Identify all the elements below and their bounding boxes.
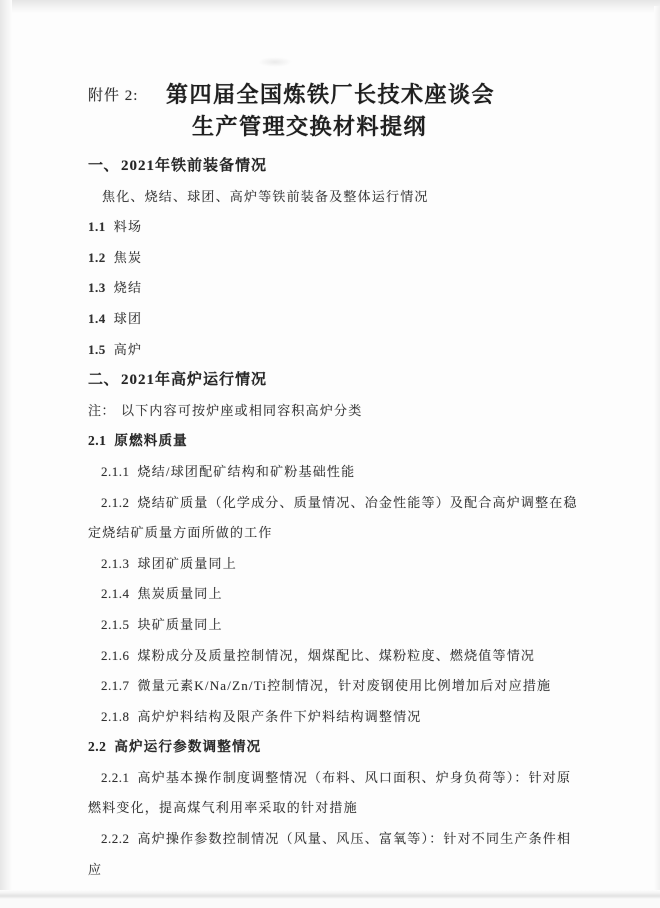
scan-edge-top xyxy=(0,0,660,13)
scan-smudge xyxy=(258,57,292,67)
outline-number: 2.1.3 xyxy=(101,556,130,571)
outline-line: 2.1.2烧结矿质量（化学成分、质量情况、冶金性能等）及配合高炉调整在稳定烧结矿… xyxy=(88,488,585,549)
outline-line: 1.4球团 xyxy=(88,304,585,335)
outline-line: 2.2.1高炉基本操作制度调整情况（布料、风口面积、炉身负荷等）：针对原燃料变化… xyxy=(88,763,585,824)
outline-line: 2.1.7微量元素K/Na/Zn/Ti控制情况，针对废钢使用比例增加后对应措施 xyxy=(88,671,585,702)
outline-text: 烧结 xyxy=(114,280,142,295)
outline-text: 微量元素K/Na/Zn/Ti控制情况，针对废钢使用比例增加后对应措施 xyxy=(138,678,552,693)
outline-text: 烧结/球团配矿结构和矿粉基础性能 xyxy=(138,464,356,479)
scan-edge-right xyxy=(654,6,660,908)
outline-text: 高炉基本操作制度调整情况（布料、风口面积、炉身负荷等）：针对原燃料变化，提高煤气… xyxy=(88,770,571,816)
outline-number: 1.3 xyxy=(88,280,106,295)
outline-number: 1.2 xyxy=(88,250,106,265)
outline-text: 以下内容可按炉座或相同容积高炉分类 xyxy=(121,403,362,418)
outline-number: 2.1.8 xyxy=(101,709,130,724)
outline-text: 焦化、烧结、球团、高炉等铁前装备及整体运行情况 xyxy=(102,189,429,204)
document-page: 附件 2: 第四届全国炼铁厂长技术座谈会 生产管理交换材料提纲 一、2021年铁… xyxy=(0,0,660,908)
outline-line: 1.3烧结 xyxy=(88,273,585,304)
outline-list: 一、2021年铁前装备情况焦化、烧结、球团、高炉等铁前装备及整体运行情况1.1料… xyxy=(88,151,585,885)
outline-line: 2.1.8高炉炉料结构及限产条件下炉料结构调整情况 xyxy=(88,702,585,733)
outline-number: 2.2.1 xyxy=(101,770,130,785)
outline-text: 2021年铁前装备情况 xyxy=(121,158,267,174)
outline-text: 焦炭 xyxy=(114,250,142,265)
document-title-line2: 生产管理交换材料提纲 xyxy=(192,110,427,141)
outline-line: 2.2.2高炉操作参数控制情况（风量、风压、富氧等）：针对不同生产条件相应 xyxy=(88,824,585,885)
outline-line: 2.1.5块矿质量同上 xyxy=(88,610,585,641)
outline-number: 1.1 xyxy=(88,219,106,234)
attachment-label: 附件 2: xyxy=(88,84,138,105)
outline-text: 高炉运行参数调整情况 xyxy=(114,739,261,754)
outline-line: 焦化、烧结、球团、高炉等铁前装备及整体运行情况 xyxy=(88,182,585,213)
outline-text: 煤粉成分及质量控制情况，烟煤配比、煤粉粒度、燃烧值等情况 xyxy=(138,648,536,663)
outline-number: 二、 xyxy=(88,372,119,388)
outline-line: 二、2021年高炉运行情况 xyxy=(88,365,585,396)
outline-text: 2021年高炉运行情况 xyxy=(121,372,267,388)
outline-line: 2.2高炉运行参数调整情况 xyxy=(88,732,585,763)
scan-edge-left xyxy=(0,0,12,897)
outline-text: 高炉操作参数控制情况（风量、风压、富氧等）：针对不同生产条件相应 xyxy=(88,831,571,877)
outline-text: 球团矿质量同上 xyxy=(138,556,237,571)
document-title-line1: 第四届全国炼铁厂长技术座谈会 xyxy=(166,78,495,109)
outline-number: 2.1.2 xyxy=(101,495,130,510)
outline-number: 2.2.2 xyxy=(101,831,130,846)
outline-number: 2.1.7 xyxy=(101,678,130,693)
outline-number: 1.5 xyxy=(88,342,106,357)
outline-text: 高炉 xyxy=(114,342,142,357)
outline-number: 注： xyxy=(88,403,115,418)
outline-line: 2.1.4焦炭质量同上 xyxy=(88,579,585,610)
outline-line: 2.1.3球团矿质量同上 xyxy=(88,549,585,580)
outline-number: 2.1.1 xyxy=(101,464,130,479)
outline-number: 1.4 xyxy=(88,311,106,326)
outline-number: 2.1.6 xyxy=(101,648,130,663)
outline-text: 原燃料质量 xyxy=(114,433,188,448)
outline-line: 注：以下内容可按炉座或相同容积高炉分类 xyxy=(88,396,585,427)
outline-number: 2.1 xyxy=(88,433,106,448)
outline-text: 料场 xyxy=(114,219,142,234)
outline-number: 一、 xyxy=(88,158,119,174)
outline-line: 一、2021年铁前装备情况 xyxy=(88,151,585,182)
outline-line: 1.1料场 xyxy=(88,212,585,243)
outline-text: 块矿质量同上 xyxy=(138,617,223,632)
outline-line: 2.1.6煤粉成分及质量控制情况，烟煤配比、煤粉粒度、燃烧值等情况 xyxy=(88,641,585,672)
outline-number: 2.1.4 xyxy=(101,586,130,601)
outline-line: 1.2焦炭 xyxy=(88,243,585,274)
outline-text: 焦炭质量同上 xyxy=(138,586,223,601)
outline-line: 2.1原燃料质量 xyxy=(88,426,585,457)
scan-edge-bottom xyxy=(0,890,660,908)
outline-line: 1.5高炉 xyxy=(88,335,585,366)
outline-text: 球团 xyxy=(114,311,142,326)
outline-number: 2.2 xyxy=(88,739,106,754)
outline-text: 烧结矿质量（化学成分、质量情况、冶金性能等）及配合高炉调整在稳定烧结矿质量方面所… xyxy=(88,495,578,541)
outline-number: 2.1.5 xyxy=(101,617,130,632)
outline-line: 2.1.1烧结/球团配矿结构和矿粉基础性能 xyxy=(88,457,585,488)
outline-text: 高炉炉料结构及限产条件下炉料结构调整情况 xyxy=(138,709,422,724)
